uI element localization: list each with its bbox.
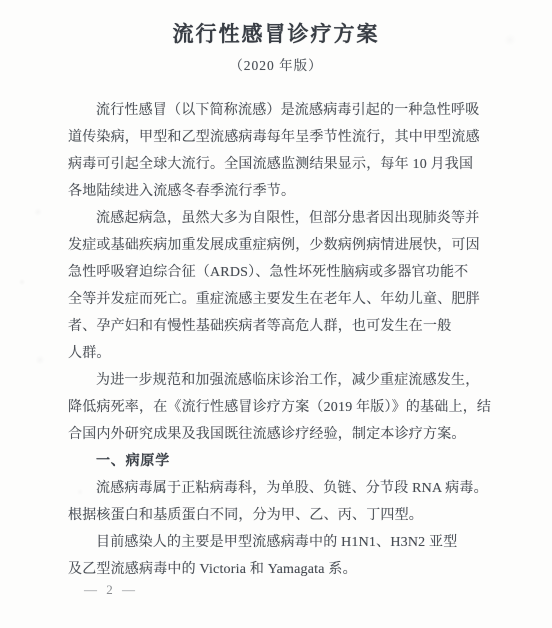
body-line: 各地陆续进入流感冬春季流行季节。 — [68, 178, 480, 205]
body-line: 合国内外研究成果及我国既往流感诊疗经验，制定本诊疗方案。 — [68, 421, 480, 448]
body-line: 道传染病，甲型和乙型流感病毒每年呈季节性流行，其中甲型流感 — [68, 124, 480, 151]
body-line: 急性呼吸窘迫综合征（ARDS）、急性坏死性脑病或多器官功能不 — [68, 259, 480, 286]
document-subtitle: （2020 年版） — [0, 54, 552, 74]
body-line: 全等并发症而死亡。重症流感主要发生在老年人、年幼儿童、肥胖 — [68, 286, 480, 313]
page-number: — 2 — — [84, 582, 138, 598]
body-line: 为进一步规范和加强流感临床诊治工作，减少重症流感发生， — [68, 367, 480, 394]
body-line: 者、孕产妇和有慢性基础疾病者等高危人群，也可发生在一般 — [68, 313, 480, 340]
section-heading-pathogenology: 一、病原学 — [68, 448, 480, 475]
body-line: 目前感染人的主要是甲型流感病毒中的 H1N1、H3N2 亚型 — [68, 529, 480, 556]
body-line: 根据核蛋白和基质蛋白不同，分为甲、乙、丙、丁四型。 — [68, 502, 480, 529]
body-line: 人群。 — [68, 340, 480, 367]
body-line: 流感病毒属于正粘病毒科，为单股、负链、分节段 RNA 病毒。 — [68, 475, 480, 502]
body-line: 流行性感冒（以下简称流感）是流感病毒引起的一种急性呼吸 — [68, 97, 480, 124]
document-title: 流行性感冒诊疗方案 — [0, 18, 552, 48]
body-line: 及乙型流感病毒中的 Victoria 和 Yamagata 系。 — [68, 556, 480, 583]
body-line: 降低病死率，在《流行性感冒诊疗方案（2019 年版）》的基础上，结 — [68, 394, 480, 421]
document-page: 流行性感冒诊疗方案 （2020 年版） 流行性感冒（以下简称流感）是流感病毒引起… — [0, 0, 552, 628]
body-line: 发症或基础疾病加重发展成重症病例，少数病例病情进展快，可因 — [68, 232, 480, 259]
body-line: 病毒可引起全球大流行。全国流感监测结果显示，每年 10 月我国 — [68, 151, 480, 178]
document-body: 流行性感冒（以下简称流感）是流感病毒引起的一种急性呼吸 道传染病，甲型和乙型流感… — [68, 97, 480, 583]
body-line: 流感起病急，虽然大多为自限性，但部分患者因出现肺炎等并 — [68, 205, 480, 232]
